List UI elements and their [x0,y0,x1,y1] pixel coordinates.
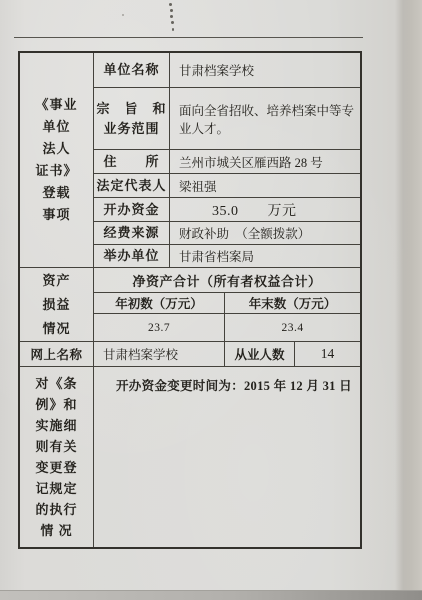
top-rule-line [14,37,363,38]
scan-bottom-edge [0,590,422,600]
scan-artifact-dot [170,15,173,18]
certificate-items-group-cell: 《事业 单位 法人 证书》 登载 事项 [20,53,94,267]
address-value: 兰州市城关区雁西路 28 号 [170,150,360,173]
year-begin-value: 23.7 [94,314,225,341]
row-unit-name: 单位名称 甘肃档案学校 [94,53,360,88]
year-end-value: 23.4 [225,314,360,341]
row-assets-values: 23.7 23.4 [94,314,360,341]
staff-count-label: 从业人数 [225,342,295,366]
section-certificate-items: 《事业 单位 法人 证书》 登载 事项 单位名称 甘肃档案学校 宗 旨 和 业务… [20,53,360,268]
compliance-content: 开办资金变更时间为：2015 年 12 月 31 日 [94,367,360,547]
unit-name-value: 甘肃档案学校 [170,53,360,87]
section-compliance: 对《条 例》和 实施细 则有关 变更登 记规定 的执行 情 况 开办资金变更时间… [20,367,360,547]
scan-artifact-dot [169,3,172,6]
row-address: 住 所 兰州市城关区雁西路 28 号 [94,150,360,174]
scan-artifact-dot [172,28,174,31]
online-name-row: 网上名称 甘肃档案学校 从业人数 14 [20,342,360,366]
sponsor-unit-label: 举办单位 [94,245,170,267]
assets-group-label: 资产 损益 情况 [42,269,70,341]
legal-representative-label: 法定代表人 [94,174,170,197]
registration-form-table: 《事业 单位 法人 证书》 登载 事项 单位名称 甘肃档案学校 宗 旨 和 业务… [18,51,362,549]
scan-artifact-dot [122,14,124,16]
section-assets: 资产 损益 情况 净资产合计（所有者权益合计） 年初数（万元） 年末数（万元） … [20,268,360,342]
section-online-name: 网上名称 甘肃档案学校 从业人数 14 [20,342,360,367]
compliance-group-cell: 对《条 例》和 实施细 则有关 变更登 记规定 的执行 情 况 [20,367,94,547]
purpose-scope-value: 面向全省招收、培养档案中等专业人才。 [170,88,360,149]
row-funding-source: 经费来源 财政补助 （全额拨款） [94,222,360,245]
assets-group-cell: 资产 损益 情况 [20,268,94,341]
staff-count-value: 14 [295,342,360,366]
funding-source-label: 经费来源 [94,222,170,244]
online-name-label: 网上名称 [20,342,94,366]
certificate-items-group-label: 《事业 单位 法人 证书》 登载 事项 [35,94,77,226]
assets-rows: 净资产合计（所有者权益合计） 年初数（万元） 年末数（万元） 23.7 23.4 [94,268,360,341]
row-sponsor-unit: 举办单位 甘肃省档案局 [94,245,360,267]
row-purpose-scope: 宗 旨 和 业务范围 面向全省招收、培养档案中等专业人才。 [94,88,360,150]
opening-funds-value: 35.0 万元 [170,198,360,221]
row-opening-funds: 开办资金 35.0 万元 [94,198,360,222]
row-legal-representative: 法定代表人 梁祖强 [94,174,360,198]
purpose-scope-label: 宗 旨 和 业务范围 [94,88,170,149]
unit-name-label: 单位名称 [94,53,170,87]
online-name-value: 甘肃档案学校 [94,342,225,366]
funding-source-value: 财政补助 （全额拨款） [170,222,360,244]
address-label: 住 所 [94,150,170,173]
scan-artifact-dot [170,9,173,12]
compliance-group-label: 对《条 例》和 实施细 则有关 变更登 记规定 的执行 情 况 [35,373,77,541]
year-end-header: 年末数（万元） [225,293,360,313]
year-begin-header: 年初数（万元） [94,293,225,313]
sponsor-unit-value: 甘肃省档案局 [170,245,360,267]
row-assets-subheaders: 年初数（万元） 年末数（万元） [94,293,360,314]
legal-representative-value: 梁祖强 [170,174,360,197]
scan-edge-shadow [395,0,422,591]
certificate-items-rows: 单位名称 甘肃档案学校 宗 旨 和 业务范围 面向全省招收、培养档案中等专业人才… [94,53,360,267]
row-net-assets-header: 净资产合计（所有者权益合计） [94,268,360,293]
net-assets-header: 净资产合计（所有者权益合计） [94,268,360,292]
scan-artifact-dot [171,21,174,24]
opening-funds-label: 开办资金 [94,198,170,221]
